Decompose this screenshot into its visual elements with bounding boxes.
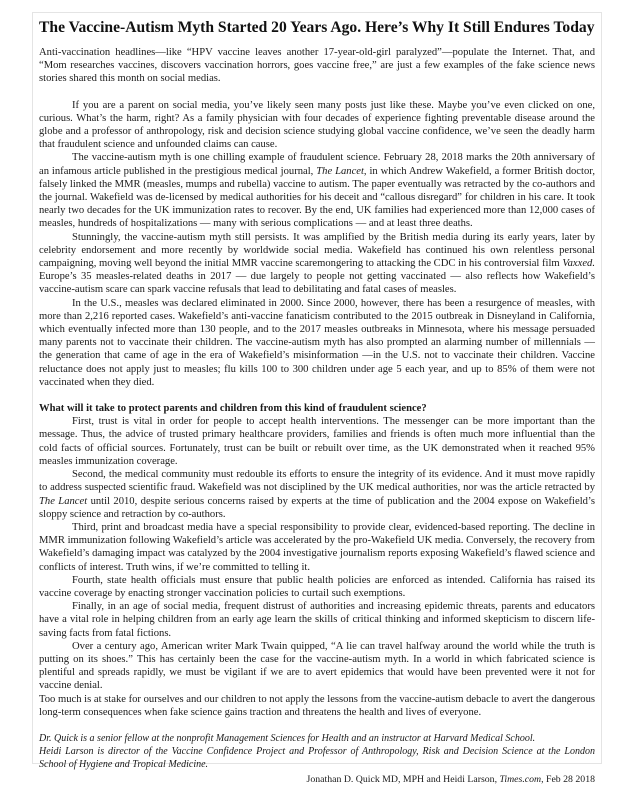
section-paragraph-2: Second, the medical community must redou…: [39, 468, 595, 521]
author-bio-quick: Dr. Quick is a senior fellow at the nonp…: [39, 732, 595, 745]
intro-paragraph: Anti-vaccination headlines—like “HPV vac…: [39, 46, 595, 86]
byline: Jonathan D. Quick MD, MPH and Heidi Lars…: [39, 773, 595, 786]
byline-date: , Feb 28 2018: [541, 774, 595, 785]
section-paragraph-5: Finally, in an age of social media, freq…: [39, 600, 595, 640]
body-paragraph-3: Stunningly, the vaccine-autism myth stil…: [39, 231, 595, 297]
closing-paragraph: Too much is at stake for ourselves and o…: [39, 693, 595, 719]
journal-name: The Lancet: [316, 166, 364, 177]
byline-authors: Jonathan D. Quick MD, MPH and Heidi Lars…: [307, 774, 500, 785]
body-paragraph-4: In the U.S., measles was declared elimin…: [39, 297, 595, 389]
journal-name: The Lancet: [39, 496, 87, 507]
article-page: The Vaccine-Autism Myth Started 20 Years…: [32, 12, 602, 764]
byline-source: Times.com: [499, 774, 541, 785]
article-title: The Vaccine-Autism Myth Started 20 Years…: [39, 18, 595, 38]
body-paragraph-1: If you are a parent on social media, you…: [39, 99, 595, 152]
section-paragraph-4: Fourth, state health officials must ensu…: [39, 574, 595, 600]
body-paragraph-2: The vaccine-autism myth is one chilling …: [39, 151, 595, 230]
section-heading: What will it take to protect parents and…: [39, 402, 595, 415]
film-title: Vaxxed.: [562, 258, 595, 269]
section-paragraph-6: Over a century ago, American writer Mark…: [39, 640, 595, 693]
section-paragraph-3: Third, print and broadcast media have a …: [39, 521, 595, 574]
author-bio-larson: Heidi Larson is director of the Vaccine …: [39, 745, 595, 771]
section-paragraph-1: First, trust is vital in order for peopl…: [39, 415, 595, 468]
